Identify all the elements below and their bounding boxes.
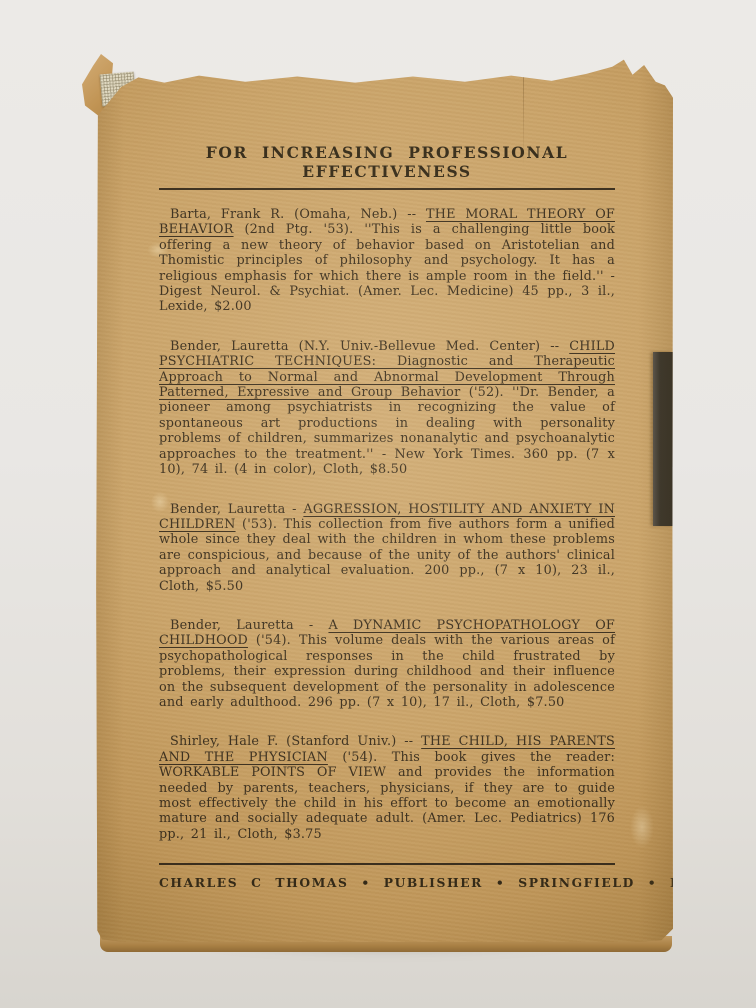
header-rule [159,188,615,190]
catalog-entry: Shirley, Hale F. (Stanford Univ.) -- THE… [159,734,615,842]
entry-author: Barta, Frank R. (Omaha, Neb.) -- [170,207,426,222]
entry-author: Shirley, Hale F. (Stanford Univ.) -- [170,734,421,749]
photo-backdrop: FOR INCREASING PROFESSIONAL EFFECTIVENES… [0,0,756,1008]
book-back-cover: FOR INCREASING PROFESSIONAL EFFECTIVENES… [95,57,673,942]
entry-author: Bender, Lauretta - [170,502,303,517]
imprint-rule [159,863,615,865]
catalog-entry: Bender, Lauretta - A DYNAMIC PSYCHOPATHO… [159,618,615,710]
catalog-entry: Bender, Lauretta (N.Y. Univ.-Bellevue Me… [159,339,615,478]
entry-author: Bender, Lauretta (N.Y. Univ.-Bellevue Me… [170,339,569,354]
publisher-imprint-block: CHARLES C THOMAS • PUBLISHER • SPRINGFIE… [159,863,615,890]
printed-area: FOR INCREASING PROFESSIONAL EFFECTIVENES… [95,57,673,942]
catalog-entry: Bender, Lauretta - AGGRESSION, HOSTILITY… [159,502,615,594]
entry-author: Bender, Lauretta - [170,618,328,633]
catalog-list: Barta, Frank R. (Omaha, Neb.) -- THE MOR… [159,207,615,842]
catalog-entry: Barta, Frank R. (Omaha, Neb.) -- THE MOR… [159,207,615,315]
publisher-imprint: CHARLES C THOMAS • PUBLISHER • SPRINGFIE… [159,875,615,890]
jacket-header: FOR INCREASING PROFESSIONAL EFFECTIVENES… [157,143,617,181]
